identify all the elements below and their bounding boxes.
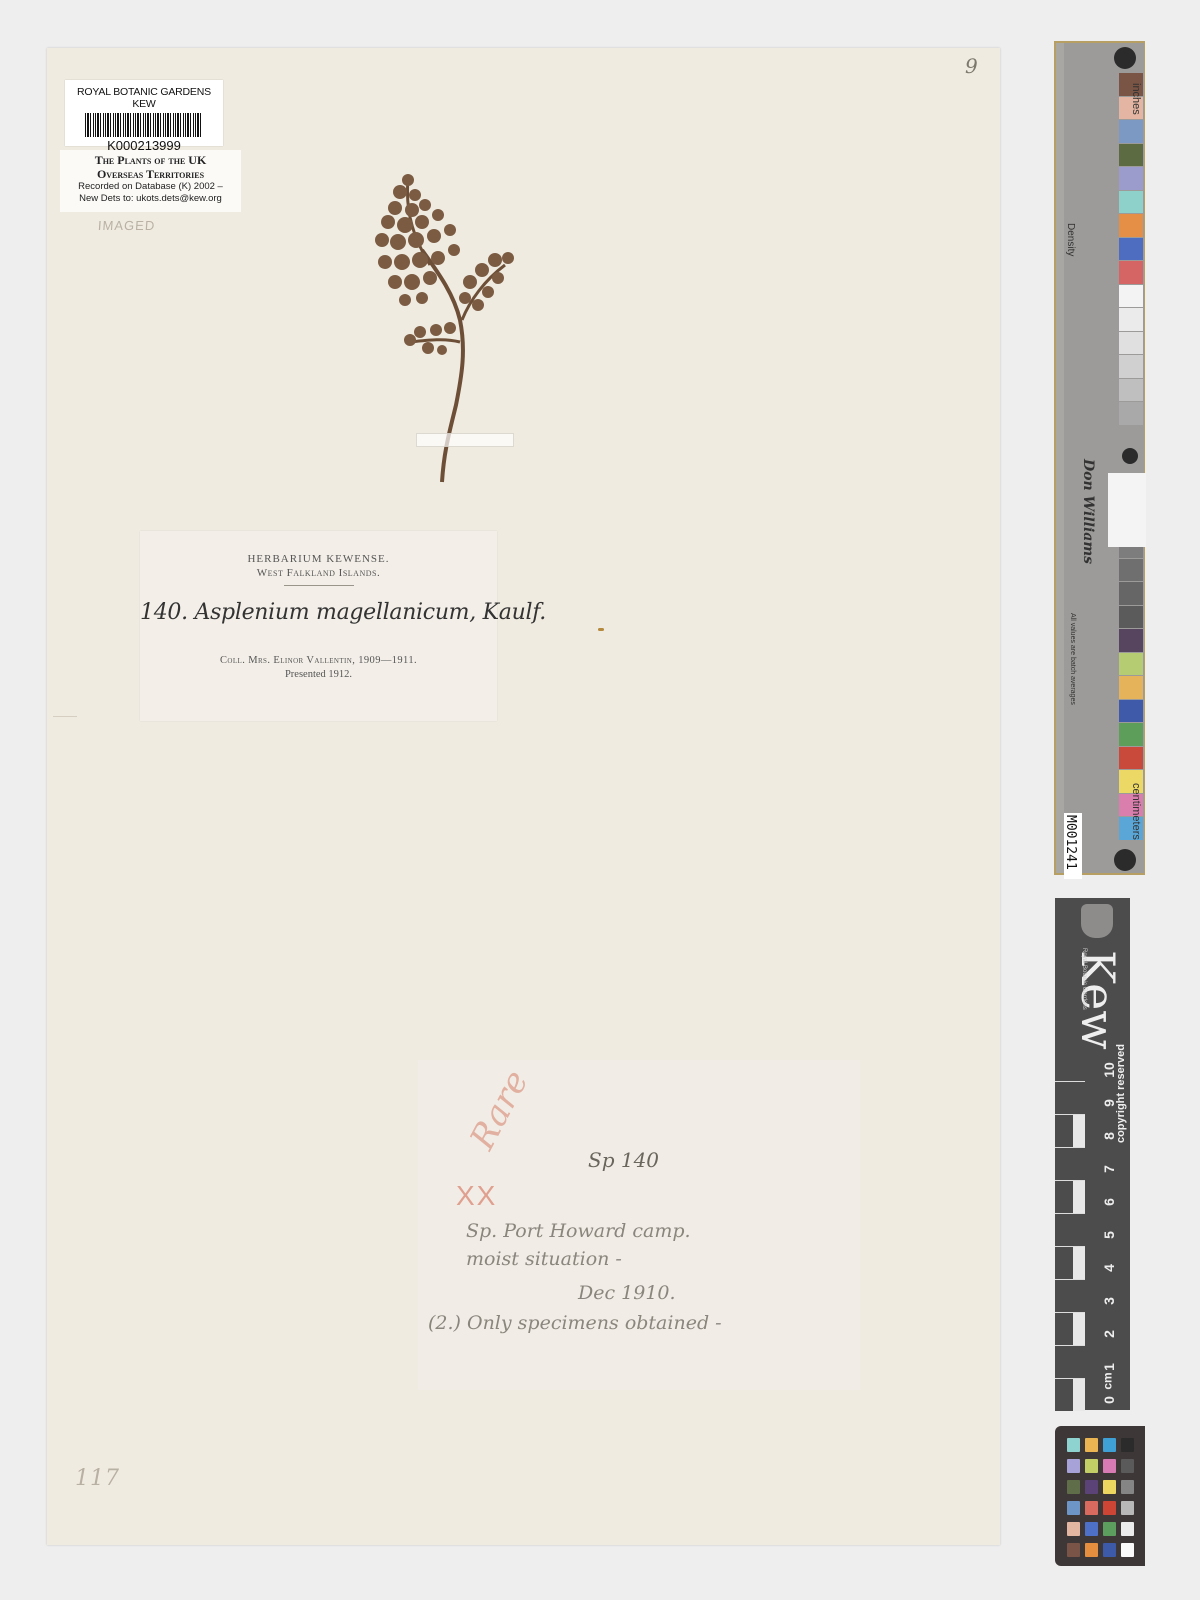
stain-mark (598, 628, 604, 631)
kew-crest-icon (1081, 904, 1113, 938)
ruler-id-label: M001241 (1064, 813, 1082, 879)
scale-segment (1055, 1147, 1085, 1180)
color-checker (1055, 1426, 1145, 1566)
mounting-tape (416, 433, 514, 447)
page-number: 117 (75, 1466, 120, 1491)
color-chip (1067, 1438, 1080, 1452)
margin-mark (53, 716, 77, 717)
scale-number: 0 (1101, 1390, 1117, 1410)
ruler-swatch (1119, 120, 1143, 143)
scale-number: 5 (1101, 1225, 1117, 1245)
note-rare: Rare (462, 1064, 536, 1156)
presented-date: Presented 1912. (140, 669, 497, 680)
color-chip (1067, 1543, 1080, 1557)
ruler-swatch (1119, 676, 1143, 699)
kew-subtitle: Royal Botanic Gardens (1081, 948, 1087, 1010)
color-chip (1085, 1459, 1098, 1473)
ruler-swatch (1119, 285, 1143, 308)
ruler-swatch (1119, 214, 1143, 237)
scale-number: 9 (1101, 1093, 1117, 1113)
color-chip (1103, 1480, 1116, 1494)
ruler-swatch (1119, 606, 1143, 629)
barcode-label: ROYAL BOTANIC GARDENS KEW K000213999 (65, 80, 223, 146)
scale-segments (1055, 1048, 1085, 1410)
color-chip (1085, 1438, 1098, 1452)
scale-segment (1055, 1246, 1085, 1279)
scale-number: 2 (1101, 1324, 1117, 1344)
institution-name: ROYAL BOTANIC GARDENS KEW (65, 86, 223, 110)
color-chip (1085, 1501, 1098, 1515)
ruler-swatch (1119, 261, 1143, 284)
taxon-name: 140. Asplenium magellanicum, Kaulf. (140, 600, 497, 625)
color-chip (1103, 1459, 1116, 1473)
ukots-email-line: New Dets to: ukots.dets@kew.org (60, 193, 241, 205)
ruler-swatch (1119, 629, 1143, 652)
color-ruler: inches centimeters Density All values ar… (1054, 41, 1145, 875)
herbarium-label: HERBARIUM KEWENSE. West Falkland Islands… (140, 531, 497, 721)
ukots-title-line2: Overseas Territories (60, 167, 241, 181)
ruler-swatch (1119, 723, 1143, 746)
ruler-footer-text: All values are batch averages (1069, 613, 1076, 705)
kew-scale-bar: Kew Royal Botanic Gardens copyright rese… (1055, 898, 1130, 1410)
ruler-swatch (1119, 582, 1143, 605)
ruler-swatch (1119, 238, 1143, 261)
color-chip (1067, 1522, 1080, 1536)
ruler-density-chart (1108, 473, 1146, 547)
color-chip (1067, 1459, 1080, 1473)
field-note: Rare Sp 140 XX Sp. Port Howard camp. moi… (418, 1060, 860, 1390)
note-habitat: moist situation - (466, 1248, 622, 1270)
note-sp-number: Sp 140 (588, 1148, 659, 1172)
scale-number: 7 (1101, 1159, 1117, 1179)
ruler-hole-mid (1122, 448, 1138, 464)
ruler-cm-label: centimeters (1130, 783, 1142, 840)
ruler-swatch (1119, 700, 1143, 723)
locality: West Falkland Islands. (140, 567, 497, 579)
ruler-swatch (1119, 747, 1143, 770)
imaged-stamp: IMAGED (97, 218, 155, 233)
ukots-database-line: Recorded on Database (K) 2002 – (60, 181, 241, 193)
color-chip (1121, 1459, 1134, 1473)
herbarium-title: HERBARIUM KEWENSE. (140, 553, 497, 565)
ruler-brand: Don Williams (1080, 459, 1096, 564)
ruler-id: M001241 (1063, 815, 1078, 870)
ruler-swatch (1119, 308, 1143, 331)
ruler-swatch (1119, 144, 1143, 167)
note-date: Dec 1910. (578, 1282, 676, 1304)
color-chip (1085, 1522, 1098, 1536)
color-chip (1103, 1543, 1116, 1557)
ruler-hole-bottom (1114, 849, 1136, 871)
color-chip (1067, 1501, 1080, 1515)
color-chip (1103, 1522, 1116, 1536)
scale-segment (1055, 1081, 1085, 1114)
ruler-density-label: Density (1065, 223, 1076, 256)
color-chip (1121, 1438, 1134, 1452)
ruler-inches-label: inches (1130, 83, 1142, 115)
scale-segment (1055, 1312, 1085, 1345)
ruler-swatch (1119, 191, 1143, 214)
kew-logo: Kew (1071, 950, 1125, 1050)
label-divider (284, 585, 354, 586)
scale-segment (1055, 1345, 1085, 1378)
scale-segment (1055, 1378, 1085, 1411)
corner-mark: 9 (965, 54, 978, 78)
color-chip (1121, 1522, 1134, 1536)
color-chip (1121, 1543, 1134, 1557)
color-chip (1121, 1480, 1134, 1494)
ukots-title-line1: The Plants of the UK (60, 153, 241, 167)
ruler-swatch (1119, 355, 1143, 378)
color-chip (1067, 1480, 1080, 1494)
ukots-label: The Plants of the UK Overseas Territorie… (60, 150, 241, 212)
color-chip (1085, 1543, 1098, 1557)
ruler-swatch (1119, 653, 1143, 676)
color-chip (1103, 1438, 1116, 1452)
ruler-swatch (1119, 559, 1143, 582)
scale-segment (1055, 1279, 1085, 1312)
scale-number: 4 (1101, 1258, 1117, 1278)
scale-number: 8 (1101, 1126, 1117, 1146)
color-chip (1121, 1501, 1134, 1515)
ruler-swatch (1119, 332, 1143, 355)
ruler-swatch (1119, 167, 1143, 190)
collector: Coll. Mrs. Elinor Vallentin, 1909—1911. (140, 655, 497, 666)
color-chip (1085, 1480, 1098, 1494)
ruler-hole-top (1114, 47, 1136, 69)
note-remark: (2.) Only specimens obtained - (428, 1312, 722, 1334)
scale-unit: cm (1101, 1372, 1115, 1389)
ruler-swatch (1119, 379, 1143, 402)
scale-number: 10 (1101, 1060, 1117, 1080)
barcode-icon (85, 113, 203, 137)
note-locality: Sp. Port Howard camp. (466, 1220, 691, 1242)
color-chip (1103, 1501, 1116, 1515)
scale-segment (1055, 1114, 1085, 1147)
scale-number: 3 (1101, 1291, 1117, 1311)
scale-segment (1055, 1180, 1085, 1213)
ruler-swatch (1119, 402, 1143, 425)
scale-segment (1055, 1213, 1085, 1246)
note-marks: XX (456, 1180, 497, 1212)
scale-number: 6 (1101, 1192, 1117, 1212)
